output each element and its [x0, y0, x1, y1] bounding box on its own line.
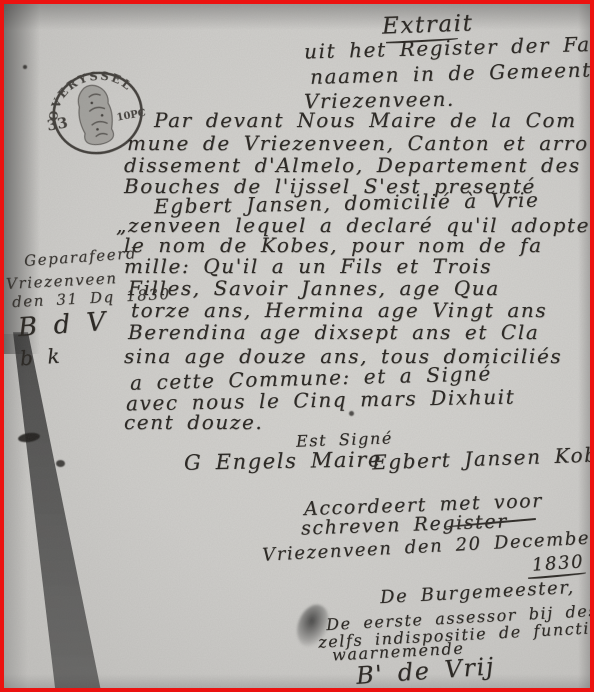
body-line: Berendina age dixsept ans et Cla: [128, 322, 539, 342]
certification-year: 1830: [531, 553, 584, 575]
ink-speck: [23, 65, 27, 69]
body-line: mille: Qu'il a un Fils et Trois: [124, 256, 492, 276]
body-line: dissement d'Almelo, Departement des: [124, 155, 581, 175]
body-line: le nom de Kobes, pour nom de fa: [124, 235, 543, 255]
body-line: Par devant Nous Maire de la Com: [154, 110, 577, 130]
margin-initials-signature: B d V: [17, 309, 108, 341]
body-line: sina age douze ans, tous domiciliés: [124, 346, 562, 366]
margin-note-line: Geparafeerd: [24, 246, 138, 269]
scanned-document-page: OVERYSSEL 33 10PC Extrait uit het Regist…: [0, 0, 594, 692]
body-line: torze ans, Hermina age Vingt ans: [131, 300, 547, 320]
scan-shadow-right: [578, 4, 590, 688]
body-line: mune de Vriezenveen, Canton et arron: [127, 133, 594, 153]
mayor-signature: G Engels Maire: [184, 449, 382, 473]
stamp-right-value: 10PC: [116, 108, 147, 124]
ink-speck: [56, 460, 65, 467]
margin-mark: b k: [19, 346, 61, 369]
fold-shadow-streak: [4, 332, 124, 692]
ink-speck: [349, 411, 354, 416]
heading-line: naamen in de Gemeente: [310, 59, 594, 87]
scan-shadow-top: [4, 4, 590, 30]
stamp-left-value: 33: [46, 114, 70, 135]
declarant-signature: Egbert Jansen Kobes: [372, 444, 594, 473]
body-line: cent douze.: [124, 412, 263, 432]
body-line: Filles, Savoir Jannes, age Qua: [128, 278, 500, 298]
heading-line: uit het Register der Familie: [304, 32, 594, 61]
stamp-coat-of-arms-icon: [74, 83, 116, 147]
body-line: „zenveen lequel a declaré qu'il adopte: [116, 215, 590, 235]
